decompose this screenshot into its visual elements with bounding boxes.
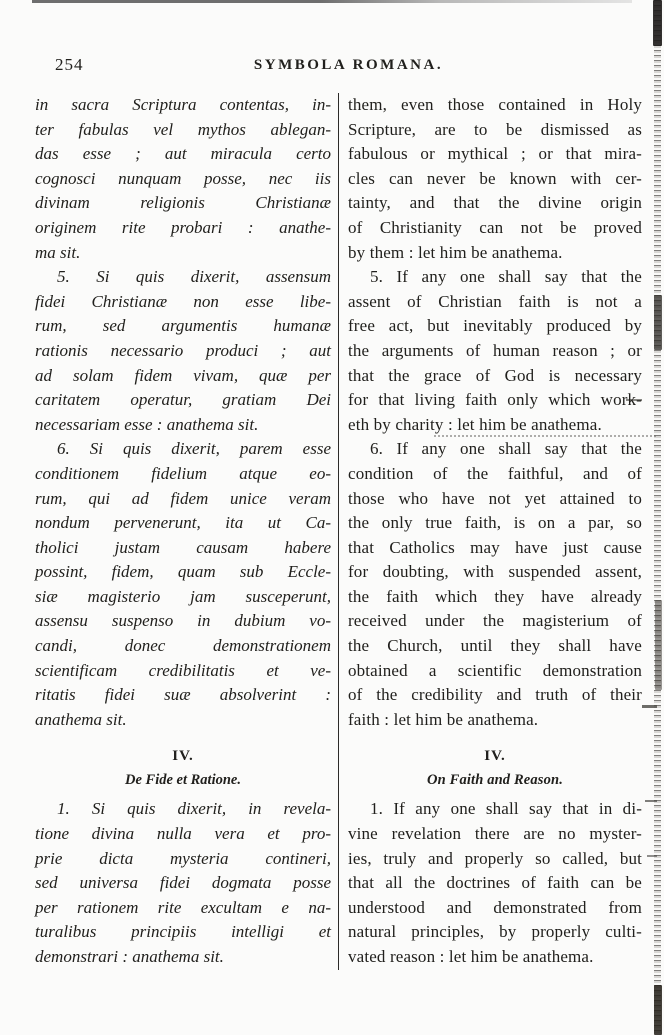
text-line: ter fabulas vel mythos ablegan- bbox=[35, 118, 331, 143]
text-line: the only true faith, is on a par, so bbox=[348, 511, 642, 536]
text-line: them, even those contained in Holy bbox=[348, 93, 642, 118]
text-line: turalibus principiis intelligi et bbox=[35, 920, 331, 945]
text-line: Scripture, are to be dismissed as bbox=[348, 118, 642, 143]
text-line: of Christianity can not be proved bbox=[348, 216, 642, 241]
two-column-text: in sacra Scriptura contentas, in-ter fab… bbox=[35, 93, 634, 970]
text-line: 6. Si quis dixerit, parem esse bbox=[35, 437, 331, 462]
text-line: caritatem operatur, gratiam Dei bbox=[35, 388, 331, 413]
section-numeral: IV. bbox=[348, 745, 642, 767]
page-content: 254 SYMBOLA ROMANA. in sacra Scriptura c… bbox=[0, 55, 664, 970]
text-line: by them : let him be anathema. bbox=[348, 241, 642, 266]
paragraph: 6. Si quis dixerit, parem esseconditione… bbox=[35, 437, 331, 732]
text-line: tione divina nulla vera et pro- bbox=[35, 822, 331, 847]
text-line: obtained a scientific demonstration bbox=[348, 659, 642, 684]
text-line: faith : let him be anathema. bbox=[348, 708, 642, 733]
text-line: nondum pervenerunt, ita ut Ca- bbox=[35, 511, 331, 536]
paragraph: 1. If any one shall say that in di-vine … bbox=[348, 797, 642, 969]
text-line: for doubting, with suspended assent, bbox=[348, 560, 642, 585]
text-line: cles can never be known with cer- bbox=[348, 167, 642, 192]
text-line: demonstrari : anathema sit. bbox=[35, 945, 331, 970]
left-column-latin: in sacra Scriptura contentas, in-ter fab… bbox=[35, 93, 339, 970]
text-line: das esse ; aut miracula certo bbox=[35, 142, 331, 167]
section-title: De Fide et Ratione. bbox=[35, 767, 331, 793]
text-line: 5. Si quis dixerit, assensum bbox=[35, 265, 331, 290]
text-line: for that living faith only which work- bbox=[348, 388, 642, 413]
text-line: 6. If any one shall say that the bbox=[348, 437, 642, 462]
text-line: those who have not yet attained to bbox=[348, 487, 642, 512]
text-line: 1. Si quis dixerit, in revela- bbox=[35, 797, 331, 822]
paragraph: 5. If any one shall say that theassent o… bbox=[348, 265, 642, 437]
text-line: ritatis fidei suæ absolverint : bbox=[35, 683, 331, 708]
text-line: scientificam credibilitatis et ve- bbox=[35, 659, 331, 684]
text-line: received under the magisterium of bbox=[348, 609, 642, 634]
text-line: of the credibility and truth of their bbox=[348, 683, 642, 708]
paragraph: 6. If any one shall say that theconditio… bbox=[348, 437, 642, 732]
text-line: assensu suspenso in dubium vo- bbox=[35, 609, 331, 634]
text-line: the faith which they have already bbox=[348, 585, 642, 610]
text-line: vated reason : let him be anathema. bbox=[348, 945, 642, 970]
paragraph: 1. Si quis dixerit, in revela-tione divi… bbox=[35, 797, 331, 969]
paragraph: 5. Si quis dixerit, assensumfidei Christ… bbox=[35, 265, 331, 437]
text-line: understood and demonstrated from bbox=[348, 896, 642, 921]
text-line: that Catholics may have just cause bbox=[348, 536, 642, 561]
text-line: fabulous or mythical ; or that mira- bbox=[348, 142, 642, 167]
text-line: rum, sed argumentis humanæ bbox=[35, 314, 331, 339]
text-line: in sacra Scriptura contentas, in- bbox=[35, 93, 331, 118]
text-line: possint, fidem, quam sub Eccle- bbox=[35, 560, 331, 585]
text-line: ies, truly and properly so called, but bbox=[348, 847, 642, 872]
text-line: divinam religionis Christianæ bbox=[35, 191, 331, 216]
text-line: the Church, until they shall have bbox=[348, 634, 642, 659]
text-line: anathema sit. bbox=[35, 708, 331, 733]
text-line: rationis necessario produci ; aut bbox=[35, 339, 331, 364]
text-line: ma sit. bbox=[35, 241, 331, 266]
text-line: natural principles, by properly culti- bbox=[348, 920, 642, 945]
text-line: per rationem rite excultam e na- bbox=[35, 896, 331, 921]
paragraph: them, even those contained in HolyScript… bbox=[348, 93, 642, 265]
text-line: free act, but inevitably produced by bbox=[348, 314, 642, 339]
text-line: conditionem fidelium atque eo- bbox=[35, 462, 331, 487]
text-line: assent of Christian faith is not a bbox=[348, 290, 642, 315]
text-line: the arguments of human reason ; or bbox=[348, 339, 642, 364]
text-line: 5. If any one shall say that the bbox=[348, 265, 642, 290]
section-title: On Faith and Reason. bbox=[348, 767, 642, 793]
text-line: vine revelation there are no myster- bbox=[348, 822, 642, 847]
text-line: fidei Christianæ non esse libe- bbox=[35, 290, 331, 315]
paragraph: in sacra Scriptura contentas, in-ter fab… bbox=[35, 93, 331, 265]
text-line: that all the doctrines of faith can be bbox=[348, 871, 642, 896]
scan-artifact-blob bbox=[653, 0, 662, 46]
text-line: prie dicta mysteria contineri, bbox=[35, 847, 331, 872]
text-line: 1. If any one shall say that in di- bbox=[348, 797, 642, 822]
text-line: necessariam esse : anathema sit. bbox=[35, 413, 331, 438]
text-line: originem rite probari : anathe- bbox=[35, 216, 331, 241]
running-header: 254 SYMBOLA ROMANA. bbox=[35, 55, 634, 77]
scan-artifact-top-edge bbox=[32, 0, 632, 3]
text-line: ad solam fidem vivam, quæ per bbox=[35, 364, 331, 389]
text-line: condition of the faithful, and of bbox=[348, 462, 642, 487]
text-line: cognosci nunquam posse, nec iis bbox=[35, 167, 331, 192]
scanned-book-page: 254 SYMBOLA ROMANA. in sacra Scriptura c… bbox=[0, 0, 664, 1035]
text-line: sed universa fidei dogmata posse bbox=[35, 871, 331, 896]
text-line: tholici justam causam habere bbox=[35, 536, 331, 561]
section-numeral: IV. bbox=[35, 745, 331, 767]
text-line: that the grace of God is necessary bbox=[348, 364, 642, 389]
right-column-english: them, even those contained in HolyScript… bbox=[339, 93, 642, 970]
text-line: tainty, and that the divine origin bbox=[348, 191, 642, 216]
scan-artifact-blob bbox=[654, 985, 662, 1035]
text-line: siæ magisterio jam susceperunt, bbox=[35, 585, 331, 610]
text-line: eth by charity : let him be anathema. bbox=[348, 413, 642, 438]
text-line: candi, donec demonstrationem bbox=[35, 634, 331, 659]
running-title: SYMBOLA ROMANA. bbox=[49, 57, 648, 74]
text-line: rum, qui ad fidem unice veram bbox=[35, 487, 331, 512]
